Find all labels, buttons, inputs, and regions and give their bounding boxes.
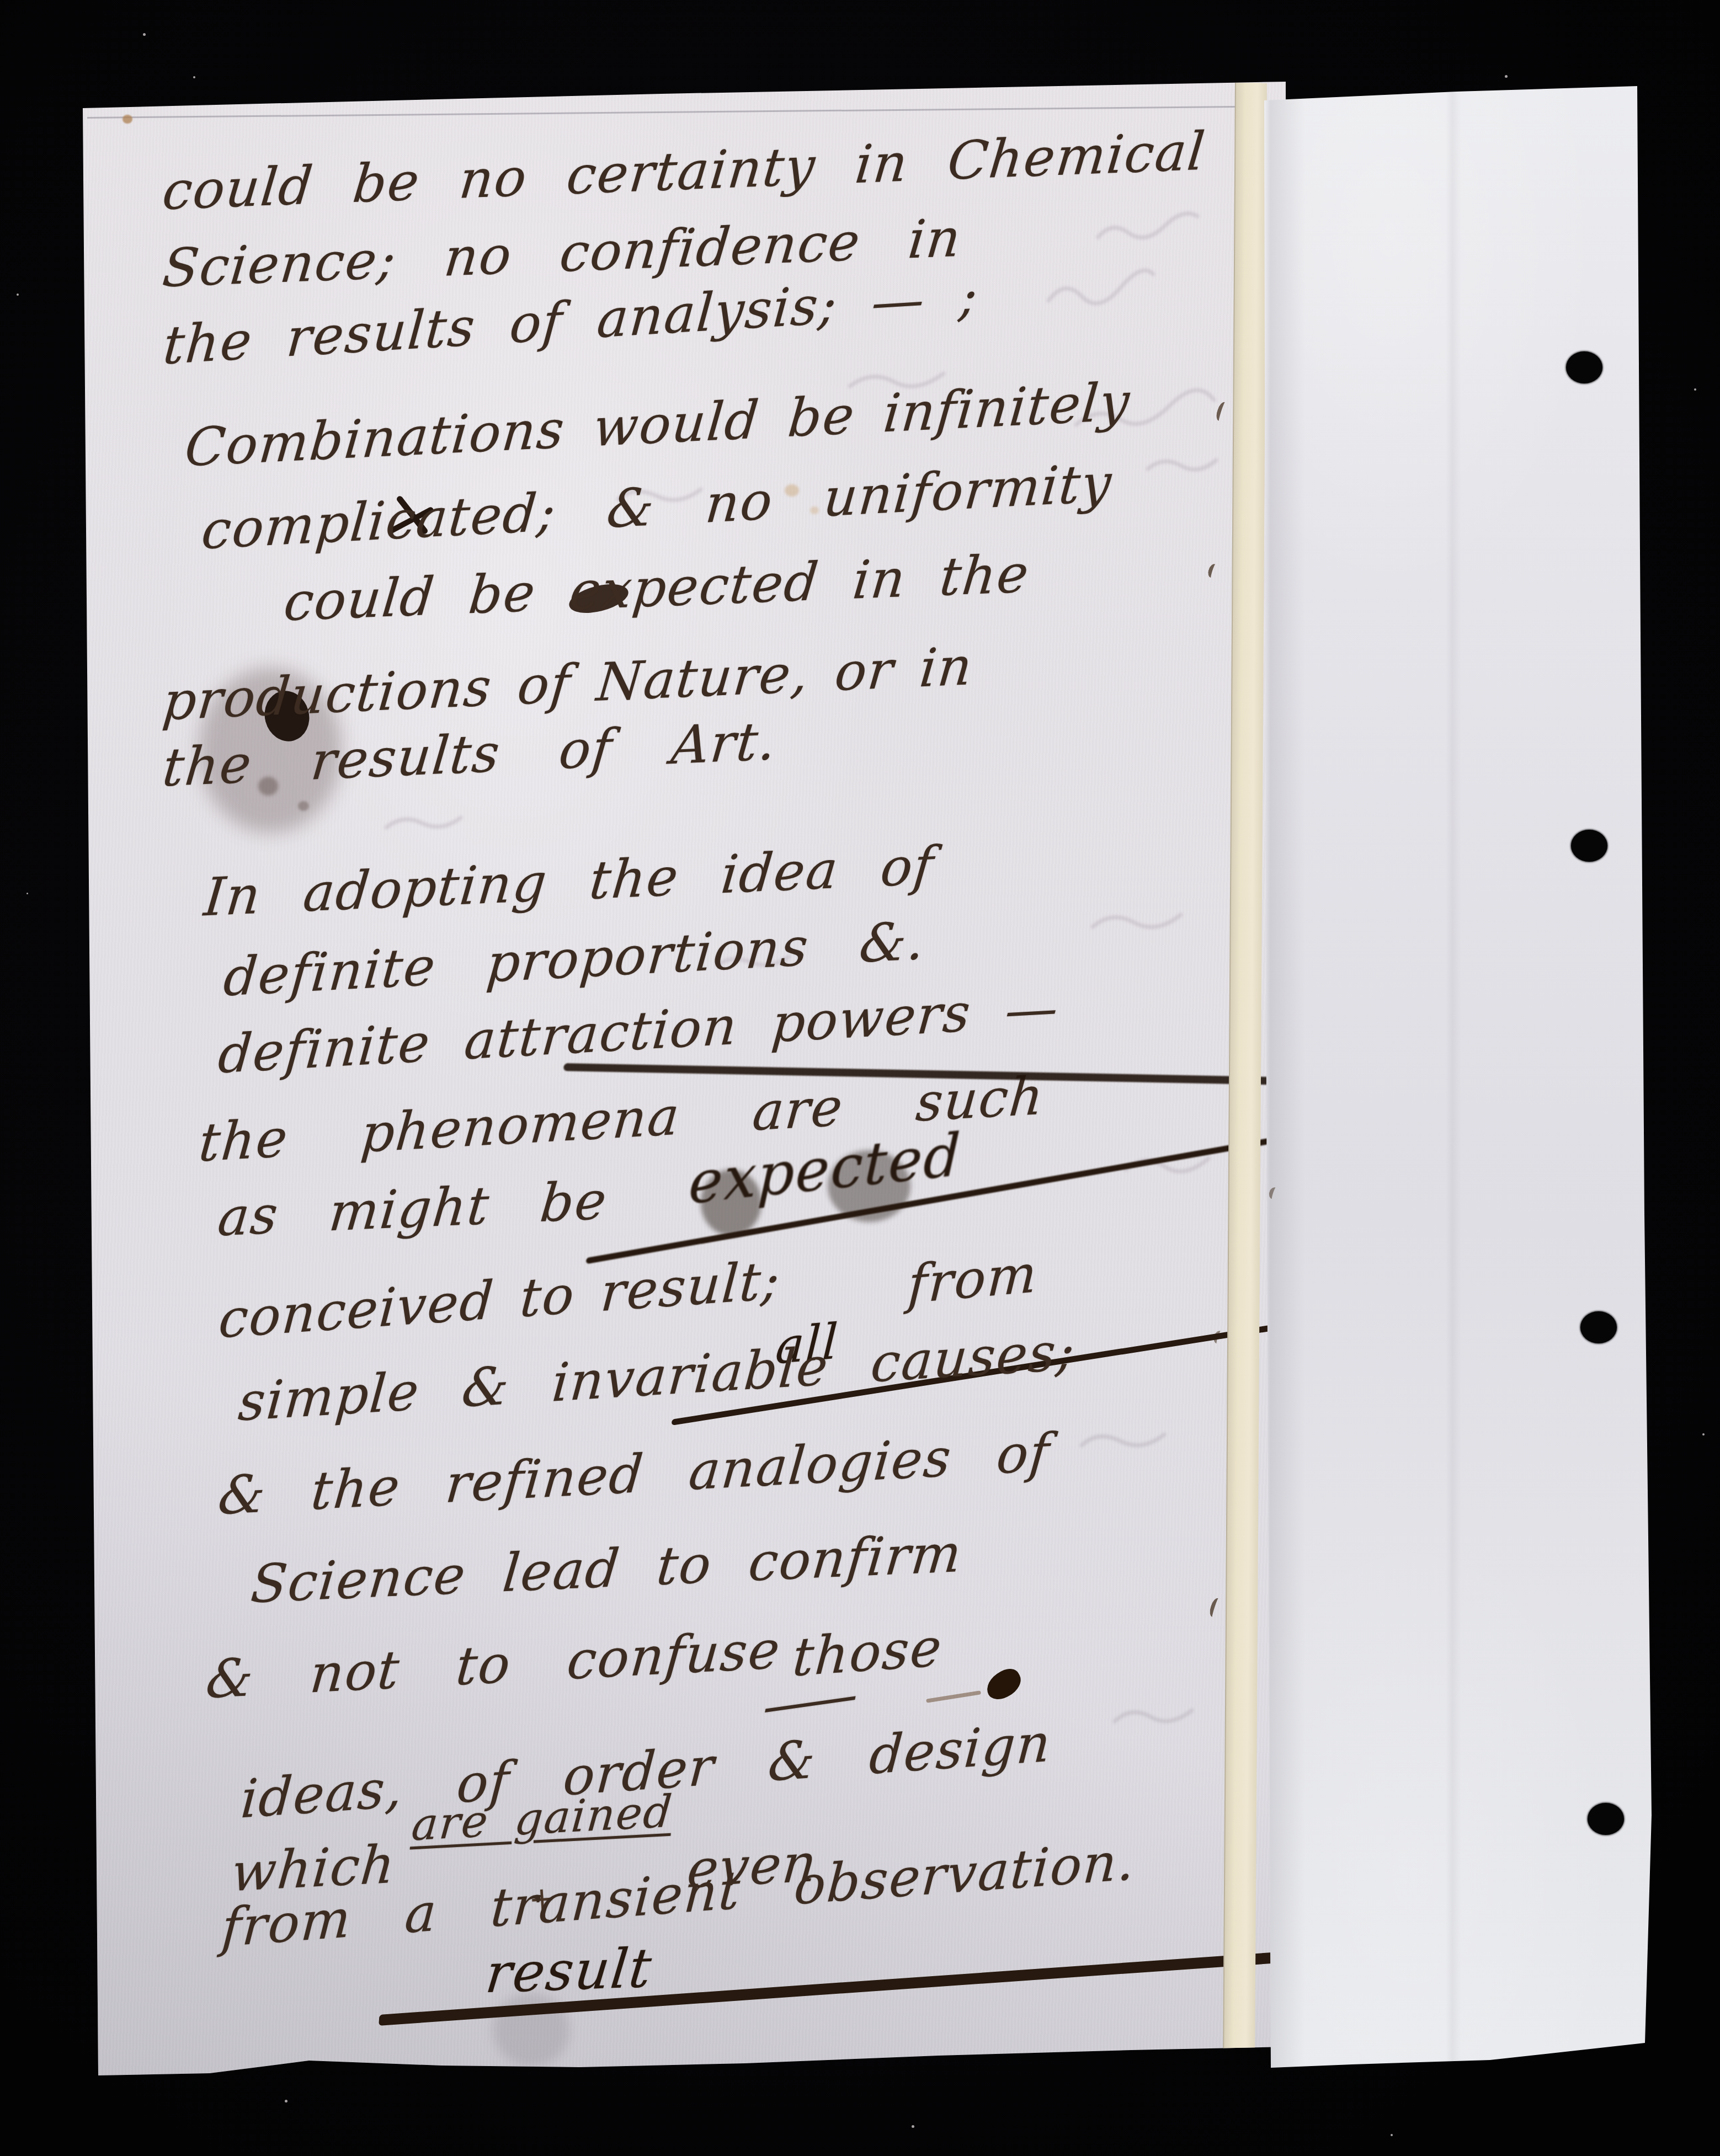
foxing-spot (123, 115, 132, 124)
dust-speck (1391, 2134, 1393, 2136)
raised-word: those (791, 1621, 944, 1685)
punch-hole-3 (1580, 1311, 1617, 1343)
photo-background: could be no certainty in Chemical Scienc… (0, 0, 1720, 2156)
punch-hole-4 (1588, 1803, 1624, 1835)
ink-spray (298, 801, 309, 811)
dust-speck (193, 76, 195, 78)
punch-hole-1 (1566, 351, 1602, 383)
dust-speck (26, 893, 28, 894)
punch-hole-2 (1571, 830, 1607, 862)
dust-speck (1505, 75, 1508, 78)
handwriting-line-14-end: from (907, 1247, 1039, 1311)
interlined-insertion: are gained (410, 1789, 675, 1847)
dust-speck (17, 293, 19, 296)
dust-speck (143, 33, 146, 36)
dust-speck (285, 2100, 287, 2102)
dust-speck (912, 2125, 914, 2128)
dust-speck (1702, 1433, 1705, 1435)
dust-speck (1694, 388, 1696, 391)
